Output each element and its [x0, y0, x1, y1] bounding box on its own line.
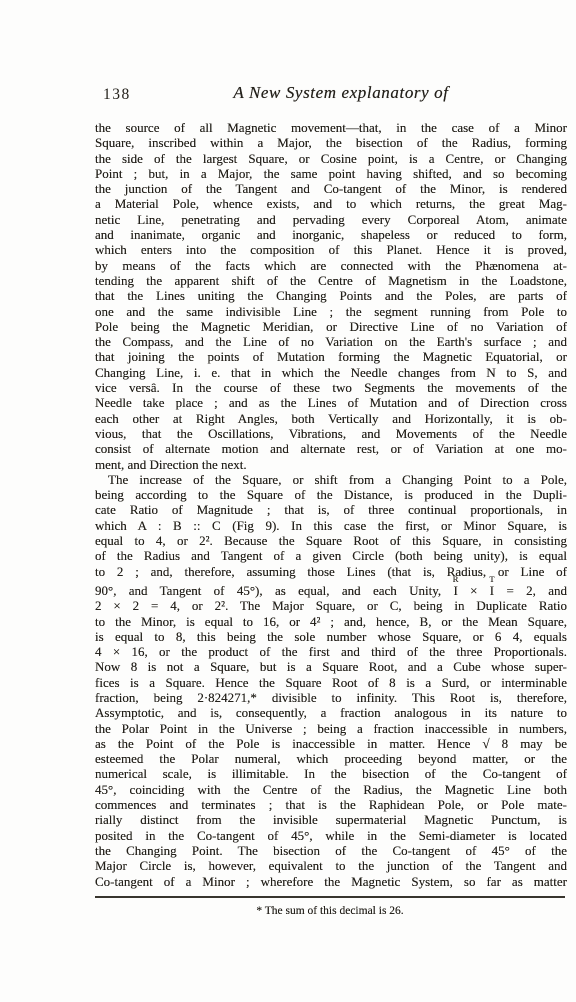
- text-line: which A : B :: C (Fig 9). In this case t…: [95, 518, 567, 533]
- text-line: is equal to 8, this being the sole numbe…: [95, 629, 567, 644]
- text-line: which enters into the composition of thi…: [95, 242, 567, 257]
- text-line: esteemed the Polar numeral, which procee…: [95, 751, 567, 766]
- text-line: each other at Right Angles, both Vertica…: [95, 411, 567, 426]
- text-line: a Material Pole, whence exists, and to w…: [95, 196, 567, 211]
- text-line: Point ; but, in a Major, the same point …: [95, 166, 567, 181]
- text-line: fices is a Square. Hence the Square Root…: [95, 675, 567, 690]
- text-line: 4 × 16, or the product of the first and …: [95, 644, 567, 659]
- body-text: the source of all Magnetic movement—that…: [95, 120, 567, 917]
- text-line: one and the same indivisible Line ; the …: [95, 304, 567, 319]
- book-page: 138 A New System explanatory of the sour…: [0, 0, 576, 1002]
- text-line: Now 8 is not a Square, but is a Square R…: [95, 659, 567, 674]
- paragraph-1: the source of all Magnetic movement—that…: [95, 120, 567, 472]
- running-title: A New System explanatory of: [125, 83, 557, 103]
- text-line: 2 × 2 = 4, or 2². The Major Square, or C…: [95, 598, 567, 613]
- text-line: and inanimate, organic and inorganic, sh…: [95, 227, 567, 242]
- text-line: being according to the Square of the Dis…: [95, 487, 567, 502]
- text-line: Pole being the Magnetic Meridian, or Dir…: [95, 319, 567, 334]
- text-line: Co-tangent of a Minor ; wherefore the Ma…: [95, 874, 567, 889]
- text-line: numerical scale, is illimitable. In the …: [95, 766, 567, 781]
- text-line: commences and terminates ; that is the R…: [95, 797, 567, 812]
- text-line: 90°, and Tangent of 45°), as equal, and …: [95, 583, 567, 598]
- text-line: Major Circle is, however, equivalent to …: [95, 858, 567, 873]
- text-line: The increase of the Square, or shift fro…: [95, 472, 567, 487]
- text-line: that joining the points of Mutation form…: [95, 349, 567, 364]
- text-line: tending the apparent shift of the Centre…: [95, 273, 567, 288]
- text-line: Needle take place ; and as the Lines of …: [95, 395, 567, 410]
- footnote: * The sum of this decimal is 26.: [95, 905, 565, 917]
- text-line: equal to 4, or 2². Because the Square Ro…: [95, 533, 567, 548]
- text-line: rially distinct from the invisible super…: [95, 812, 567, 827]
- text-line: vious, that the Oscillations, Vibrations…: [95, 426, 567, 441]
- text-line: the Changing Point. The bisection of the…: [95, 843, 567, 858]
- text-line: vice versâ. In the course of these two S…: [95, 380, 567, 395]
- text-line: of the Radius and Tangent of a given Cir…: [95, 548, 567, 563]
- text-line: posited in the Co-tangent of 45°, while …: [95, 828, 567, 843]
- text-line: the Polar Point in the Universe ; being …: [95, 721, 567, 736]
- paragraph-2: The increase of the Square, or shift fro…: [95, 472, 567, 889]
- text-line: fraction, being 2·824271,* divisible to …: [95, 690, 567, 705]
- footnote-rule: [95, 896, 565, 898]
- text-line: the Compass, and the Line of no Variatio…: [95, 334, 567, 349]
- unity-tangent-symbol: IT: [490, 583, 494, 598]
- text-line: netic Line, penetrating and pervading ev…: [95, 212, 567, 227]
- text-line: the junction of the Tangent and Co-tange…: [95, 181, 567, 196]
- text-line: Changing Line, i. e. that in which the N…: [95, 365, 567, 380]
- text-line: by means of the facts which are connecte…: [95, 258, 567, 273]
- page-header: 138 A New System explanatory of: [95, 83, 567, 107]
- text-line: to the Minor, is equal to 16, or 4² ; an…: [95, 614, 567, 629]
- unity-radius-symbol: IR: [453, 583, 457, 598]
- text-line: Square, inscribed within a Major, the bi…: [95, 135, 567, 150]
- text-line: as the Point of the Pole is inaccessible…: [95, 736, 567, 751]
- text-line: cate Ratio of Magnitude ; that is, of th…: [95, 502, 567, 517]
- text-line: consist of alternate motion and alternat…: [95, 441, 567, 456]
- text-line: to 2 ; and, therefore, assuming those Li…: [95, 564, 567, 579]
- text-line: that the Lines uniting the Changing Poin…: [95, 288, 567, 303]
- text-line: Assymptotic, and is, consequently, a fra…: [95, 705, 567, 720]
- text-line: ment, and Direction the next.: [95, 457, 567, 472]
- text-line: 45°, coinciding with the Centre of the R…: [95, 782, 567, 797]
- text-line: the side of the largest Square, or Cosin…: [95, 151, 567, 166]
- text-line: the source of all Magnetic movement—that…: [95, 120, 567, 135]
